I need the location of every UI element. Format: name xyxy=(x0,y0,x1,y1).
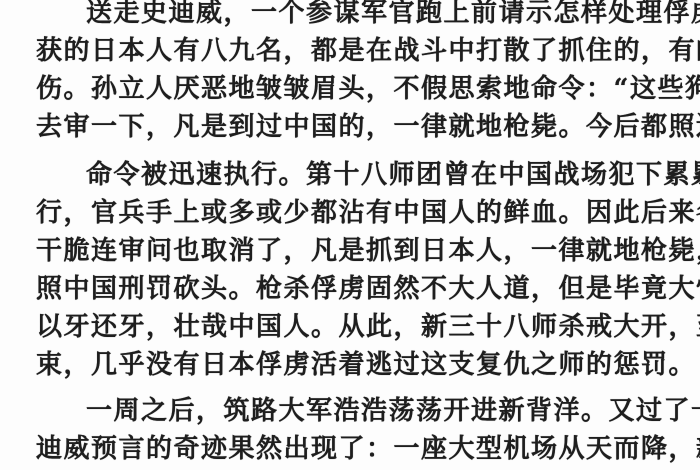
scanned-book-page: 送走史迪威，一个参谋军官跑上前请示怎样处理俘虏。被俘 获的日本人有八九名，都是在… xyxy=(0,0,700,470)
text-line: 干脆连审问也取消了，凡是抓到日本人，一律就地枪毙，或者按 xyxy=(36,236,696,266)
text-line: 获的日本人有八九名，都是在战斗中打散了抓住的，有的还负了 xyxy=(36,36,696,66)
text-line: 去审一下，凡是到过中国的，一律就地枪毙。今后都照这样办。” xyxy=(36,112,696,142)
text-line: 束，几乎没有日本俘虏活着逃过这支复仇之师的惩罚。 xyxy=(36,350,696,380)
text-line: 伤。孙立人厌恶地皱皱眉头，不假思索地命令：“这些狗杂种！你 xyxy=(36,74,696,104)
text-line: 行，官兵手上或多或少都沾有中国人的鲜血。因此后来各部队 xyxy=(36,198,696,228)
text-line: 一周之后，筑路大军浩浩荡荡开进新背洋。又过了一周，史 xyxy=(86,396,696,426)
text-line: 送走史迪威，一个参谋军官跑上前请示怎样处理俘虏。被俘 xyxy=(86,0,696,28)
text-line: 照中国刑罚砍头。枪杀俘虏固然不大人道，但是毕竟大快人心， xyxy=(36,274,696,304)
text-line: 命令被迅速执行。第十八师团曾在中国战场犯下累累罪 xyxy=(86,160,696,190)
text-line: 以牙还牙，壮哉中国人。从此，新三十八师杀戒大开，至战争结 xyxy=(36,312,696,342)
text-line: 迪威预言的奇迹果然出现了：一座大型机场从天而降，新背洋河 xyxy=(36,434,696,464)
